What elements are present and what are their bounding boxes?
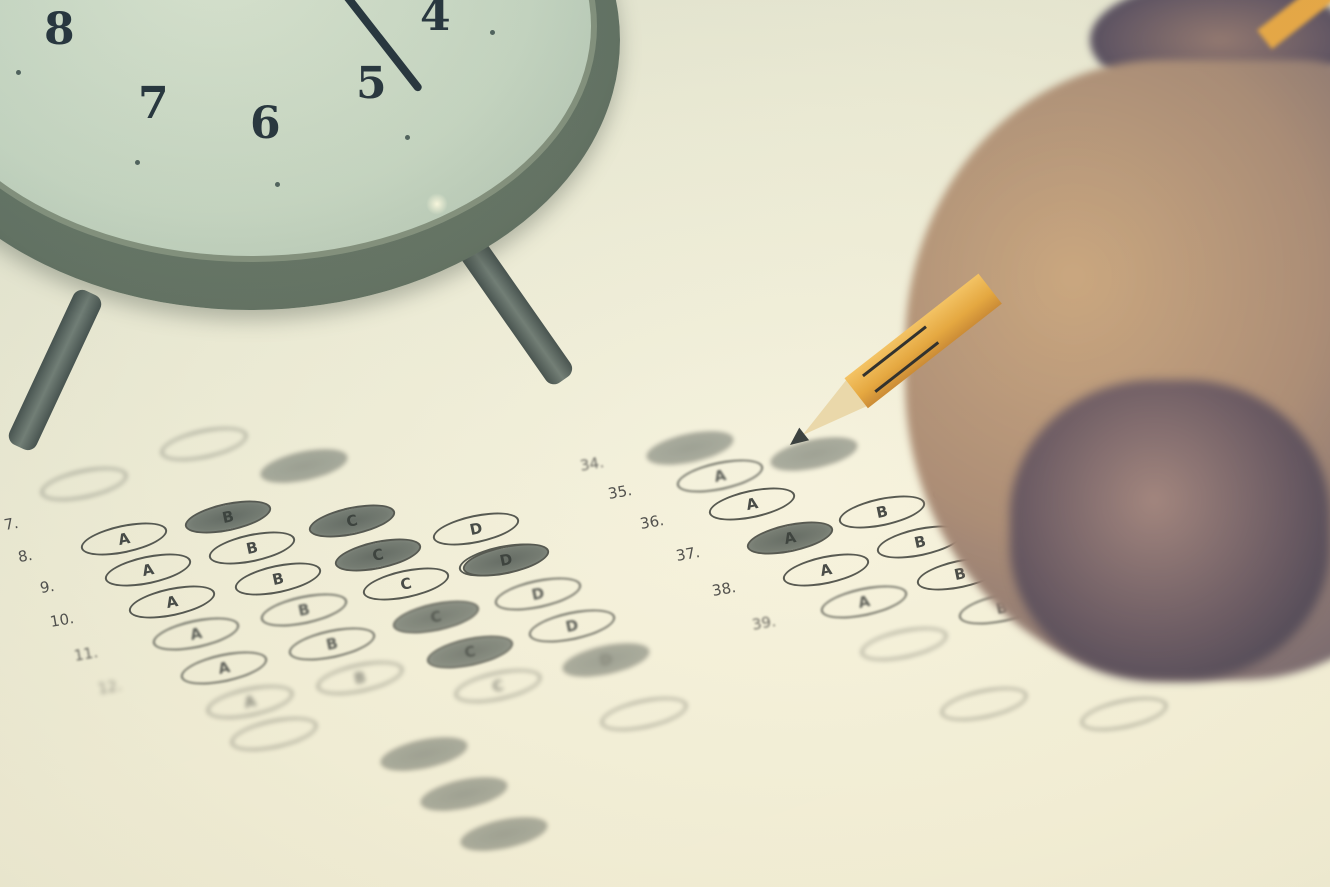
clock-leg-left (5, 287, 104, 454)
answer-bubble (228, 711, 320, 757)
question-number: 12. (97, 676, 124, 698)
clock-numeral: 7 (138, 78, 169, 129)
answer-bubble[interactable]: A (178, 645, 270, 691)
answer-bubble[interactable]: A (780, 547, 872, 593)
answer-bubble-filled[interactable]: C (306, 498, 398, 544)
answer-bubble[interactable]: D (492, 571, 584, 617)
answer-bubble (1078, 691, 1170, 737)
answer-bubble-filled[interactable]: D (560, 637, 652, 683)
question-number: 38. (711, 578, 738, 600)
clock-numeral: 4 (420, 0, 451, 41)
clock-numeral: 8 (44, 4, 75, 55)
clock-tick (16, 70, 21, 75)
answer-bubble (38, 461, 130, 507)
light-glint (426, 193, 448, 215)
answer-bubble-filled (378, 731, 470, 777)
clock-tick (275, 182, 280, 187)
answer-bubble (858, 621, 950, 667)
clock-numeral: 5 (356, 58, 387, 109)
question-number: 35. (607, 481, 634, 503)
answer-bubble (158, 421, 250, 467)
question-number: 36. (639, 511, 666, 533)
question-number: 11. (73, 643, 100, 665)
answer-bubble[interactable]: D (526, 603, 618, 649)
answer-bubble[interactable]: C (452, 663, 544, 709)
hand-finger (1010, 380, 1330, 680)
answer-bubble (598, 691, 690, 737)
answer-bubble-filled (458, 811, 550, 857)
question-number: 37. (675, 543, 702, 565)
question-number: 9. (39, 577, 56, 597)
answer-bubble (938, 681, 1030, 727)
answer-bubble-filled[interactable]: A (744, 515, 836, 561)
answer-bubble[interactable]: A (150, 611, 242, 657)
question-number: 8. (17, 546, 34, 566)
answer-bubble[interactable]: B (314, 655, 406, 701)
clock-numeral: 6 (250, 98, 281, 149)
answer-bubble-filled[interactable]: C (390, 594, 482, 640)
question-number: 39. (751, 612, 778, 634)
answer-bubble[interactable]: B (286, 621, 378, 667)
clock-tick (405, 135, 410, 140)
question-number: 7. (3, 514, 20, 534)
clock-tick (135, 160, 140, 165)
answer-bubble[interactable]: A (818, 579, 910, 625)
answer-bubble-filled[interactable]: C (424, 629, 516, 675)
question-number: 10. (49, 609, 76, 631)
answer-bubble-filled (258, 443, 350, 489)
question-number: 34. (579, 453, 606, 475)
answer-bubble-filled (418, 771, 510, 817)
photo-scene: 8 7 6 5 4 7. A B C D 8. A B C D 9. A B C… (0, 0, 1330, 887)
clock-tick (490, 30, 495, 35)
